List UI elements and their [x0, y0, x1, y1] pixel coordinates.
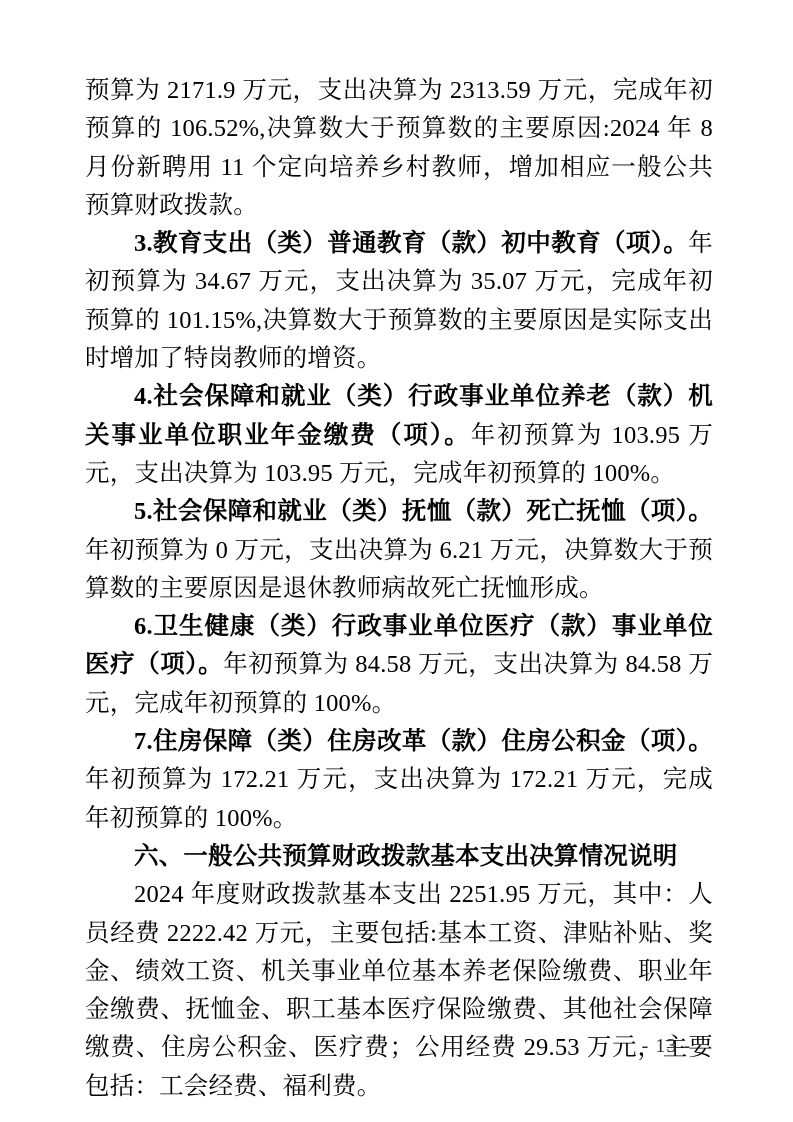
- paragraph-item-7-housing-fund: 7.住房保障（类）住房改革（款）住房公积金（项）。年初预算为 172.21 万元…: [85, 723, 713, 838]
- paragraph-item-5-death-benefit: 5.社会保障和就业（类）抚恤（款）死亡抚恤（项）。年初预算为 0 万元，支出决算…: [85, 493, 713, 608]
- paragraph-text: 年初预算为 172.21 万元，支出决算为 172.21 万元，完成年初预算的 …: [85, 766, 713, 831]
- paragraph-lead-bold: 7.住房保障（类）住房改革（款）住房公积金（项）。: [134, 728, 713, 755]
- paragraph-budget-continuation: 预算为 2171.9 万元，支出决算为 2313.59 万元，完成年初预算的 1…: [85, 72, 713, 225]
- document-body: 预算为 2171.9 万元，支出决算为 2313.59 万元，完成年初预算的 1…: [85, 72, 713, 1106]
- paragraph-lead-bold: 5.社会保障和就业（类）抚恤（款）死亡抚恤（项）。: [134, 498, 713, 525]
- paragraph-item-6-medical-insurance: 6.卫生健康（类）行政事业单位医疗（款）事业单位医疗（项）。年初预算为 84.5…: [85, 608, 713, 723]
- paragraph-text: 年初预算为 0 万元，支出决算为 6.21 万元，决算数大于预算数的主要原因是退…: [85, 537, 713, 602]
- paragraph-item-3-junior-education: 3.教育支出（类）普通教育（款）初中教育（项）。年初预算为 34.67 万元，支…: [85, 225, 713, 378]
- paragraph-text: 2024 年度财政拨款基本支出 2251.95 万元，其中：人员经费 2222.…: [85, 881, 713, 1099]
- paragraph-basic-expenditure-detail: 2024 年度财政拨款基本支出 2251.95 万元，其中：人员经费 2222.…: [85, 876, 713, 1106]
- page-number: - 13 -: [642, 1034, 691, 1058]
- paragraph-lead-bold: 3.教育支出（类）普通教育（款）初中教育（项）。: [134, 230, 688, 257]
- paragraph-text: 预算为 2171.9 万元，支出决算为 2313.59 万元，完成年初预算的 1…: [85, 77, 713, 219]
- section-six-heading: 六、一般公共预算财政拨款基本支出决算情况说明: [85, 838, 713, 876]
- document-page: 预算为 2171.9 万元，支出决算为 2313.59 万元，完成年初预算的 1…: [0, 0, 793, 1122]
- paragraph-item-4-pension-contribution: 4.社会保障和就业（类）行政事业单位养老（款）机关事业单位职业年金缴费（项）。年…: [85, 378, 713, 493]
